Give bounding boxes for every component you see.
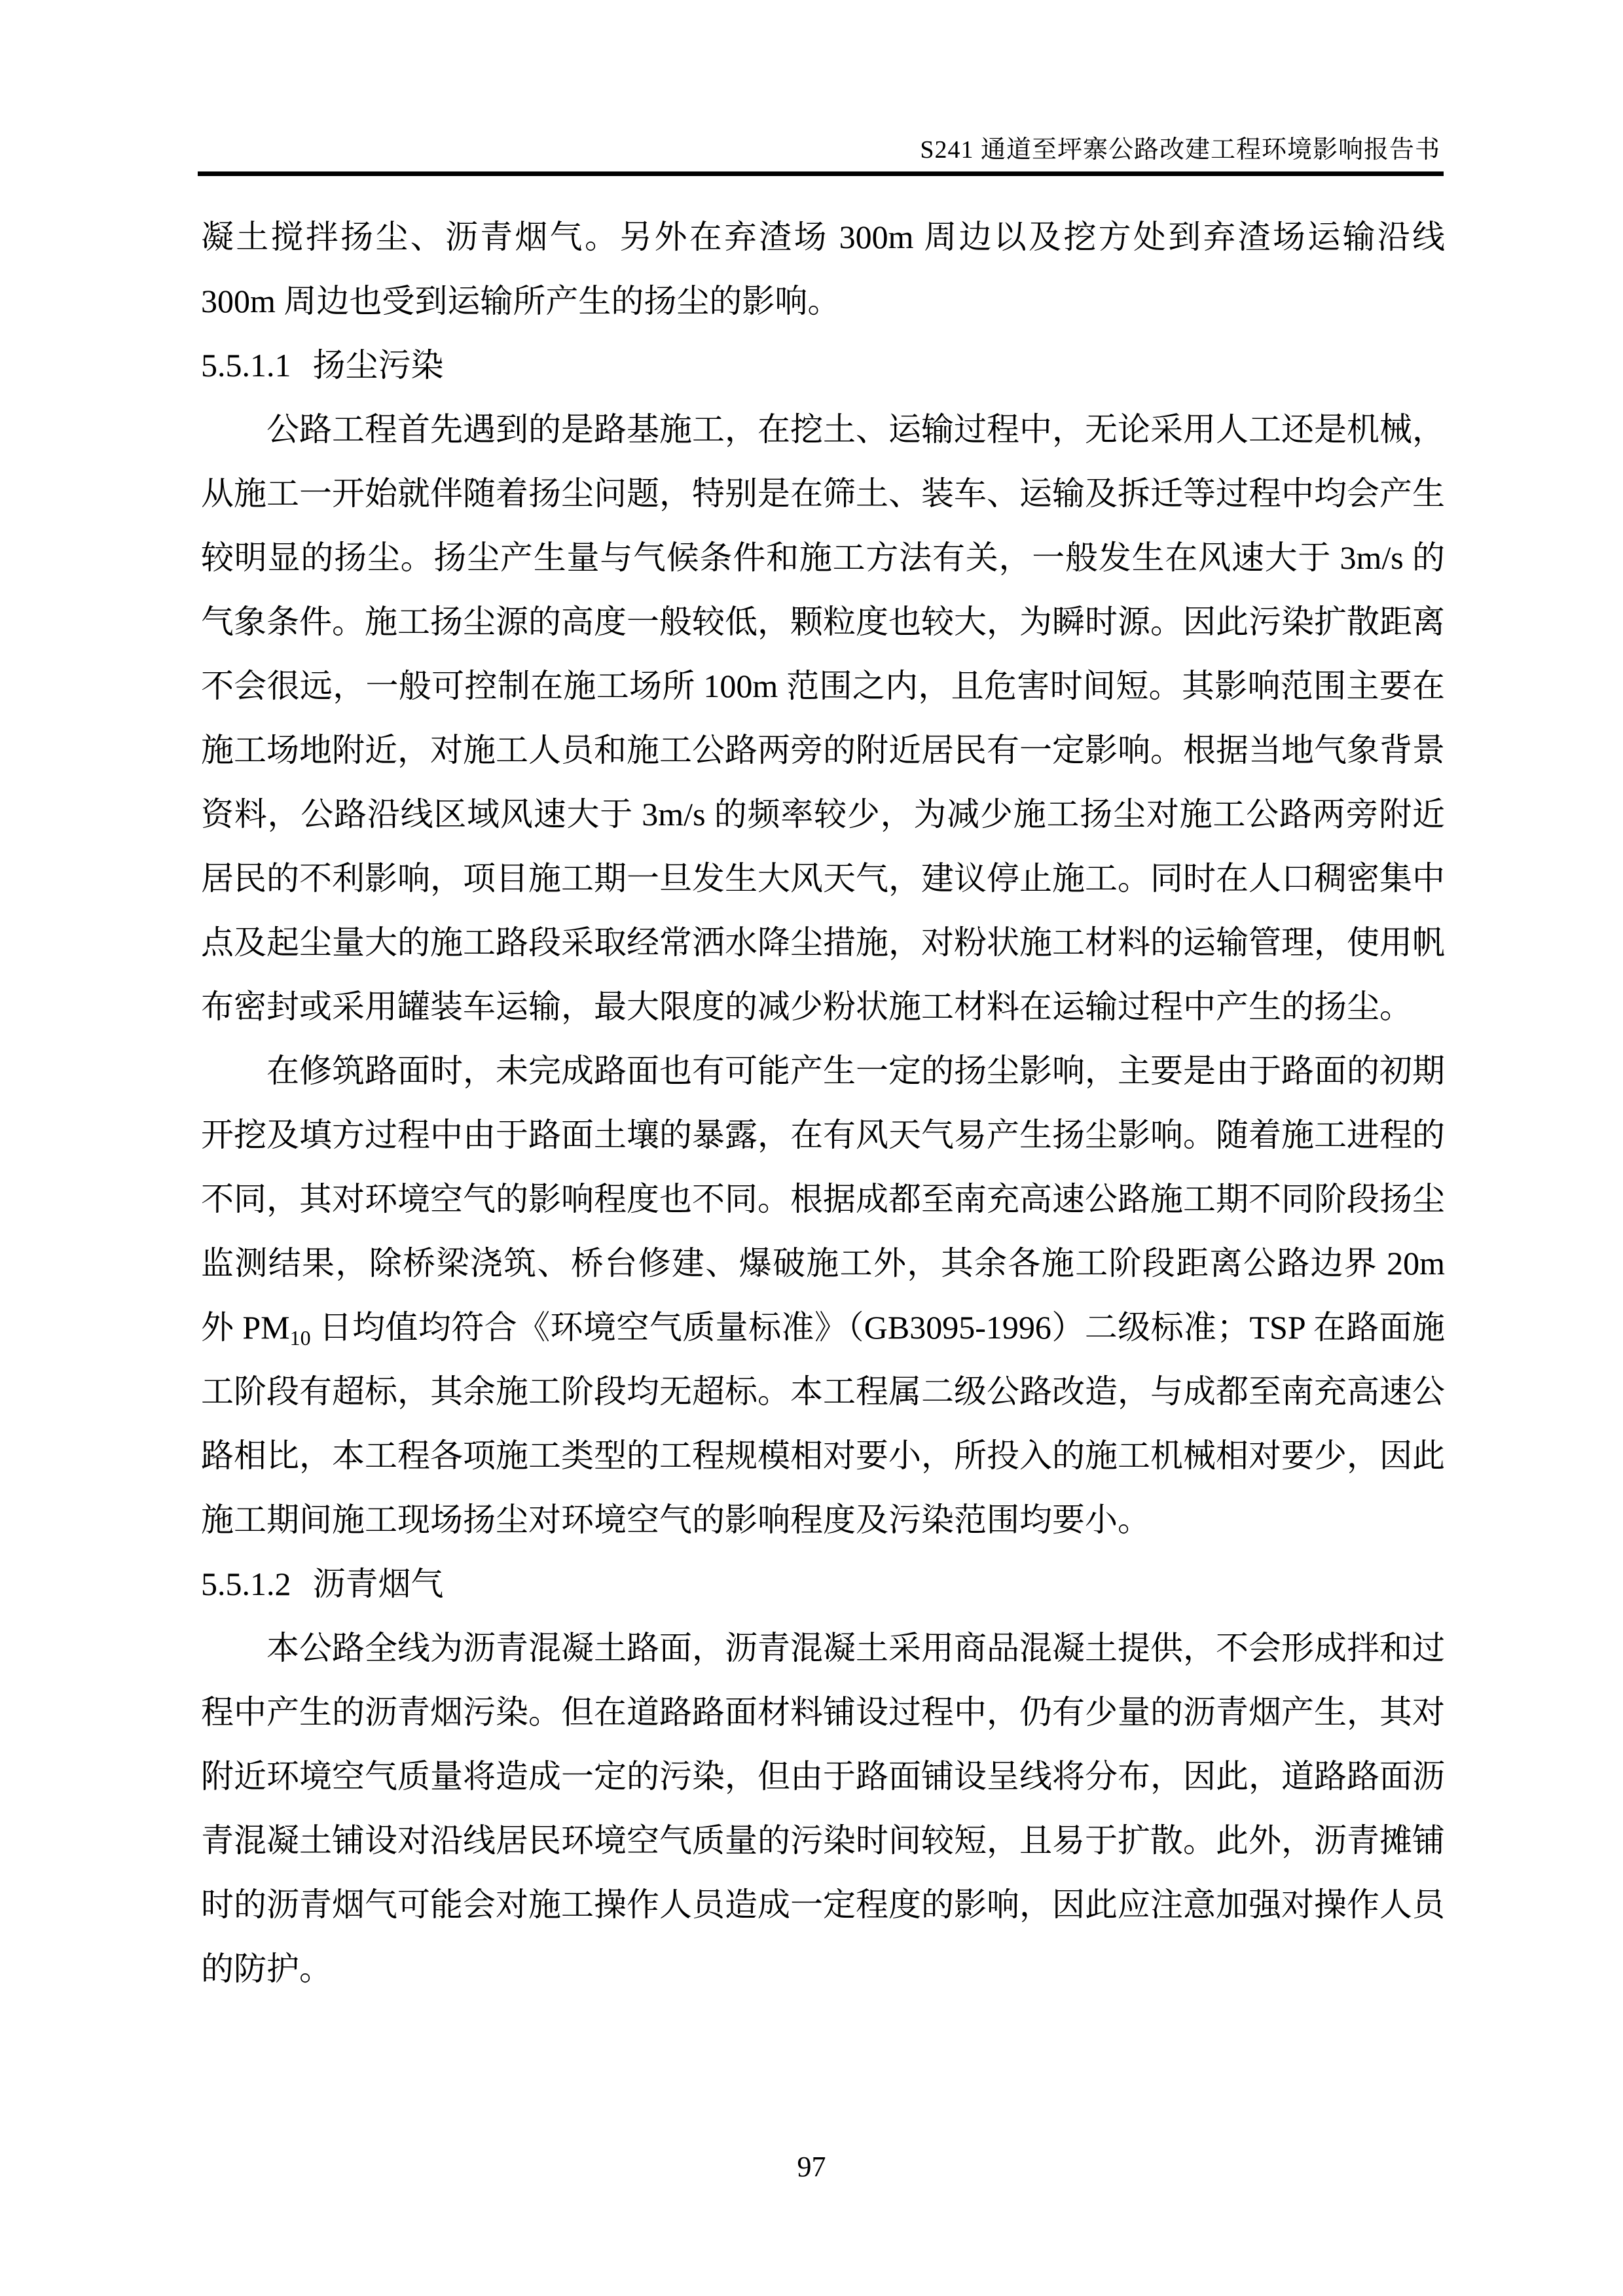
pm10-subscript: 10 [290, 1326, 311, 1350]
heading-dust-pollution: 5.5.1.1扬尘污染 [201, 333, 1445, 397]
heading-title: 沥青烟气 [313, 1566, 444, 1602]
paragraph-text-before-subscript: 在修筑路面时，未完成路面也有可能产生一定的扬尘影响，主要是由于路面的初期开挖及填… [201, 1052, 1445, 1346]
paragraph-dust-monitoring: 在修筑路面时，未完成路面也有可能产生一定的扬尘影响，主要是由于路面的初期开挖及填… [201, 1039, 1445, 1552]
heading-title: 扬尘污染 [313, 347, 444, 384]
paragraph-text-after-subscript: 日均值均符合《环境空气质量标准》（GB3095-1996）二级标准；TSP 在路… [201, 1309, 1445, 1538]
paragraph-dust-roadbed: 公路工程首先遇到的是路基施工，在挖土、运输过程中，无论采用人工还是机械，从施工一… [201, 397, 1445, 1039]
heading-asphalt-fume: 5.5.1.2沥青烟气 [201, 1552, 1445, 1616]
header-rule [198, 171, 1444, 176]
report-page: S241 通道至坪寨公路改建工程环境影响报告书 凝土搅拌扬尘、沥青烟气。另外在弃… [0, 0, 1623, 2296]
paragraph-intro-continuation: 凝土搅拌扬尘、沥青烟气。另外在弃渣场 300m 周边以及挖方处到弃渣场运输沿线 … [201, 205, 1445, 333]
paragraph-asphalt-fume: 本公路全线为沥青混凝土路面，沥青混凝土采用商品混凝土提供，不会形成拌和过程中产生… [201, 1616, 1445, 2001]
heading-number: 5.5.1.1 [201, 347, 291, 384]
page-header-title: S241 通道至坪寨公路改建工程环境影响报告书 [920, 134, 1440, 166]
heading-number: 5.5.1.2 [201, 1566, 291, 1602]
document-body: 凝土搅拌扬尘、沥青烟气。另外在弃渣场 300m 周边以及挖方处到弃渣场运输沿线 … [201, 205, 1445, 2001]
page-number: 97 [0, 2149, 1623, 2185]
